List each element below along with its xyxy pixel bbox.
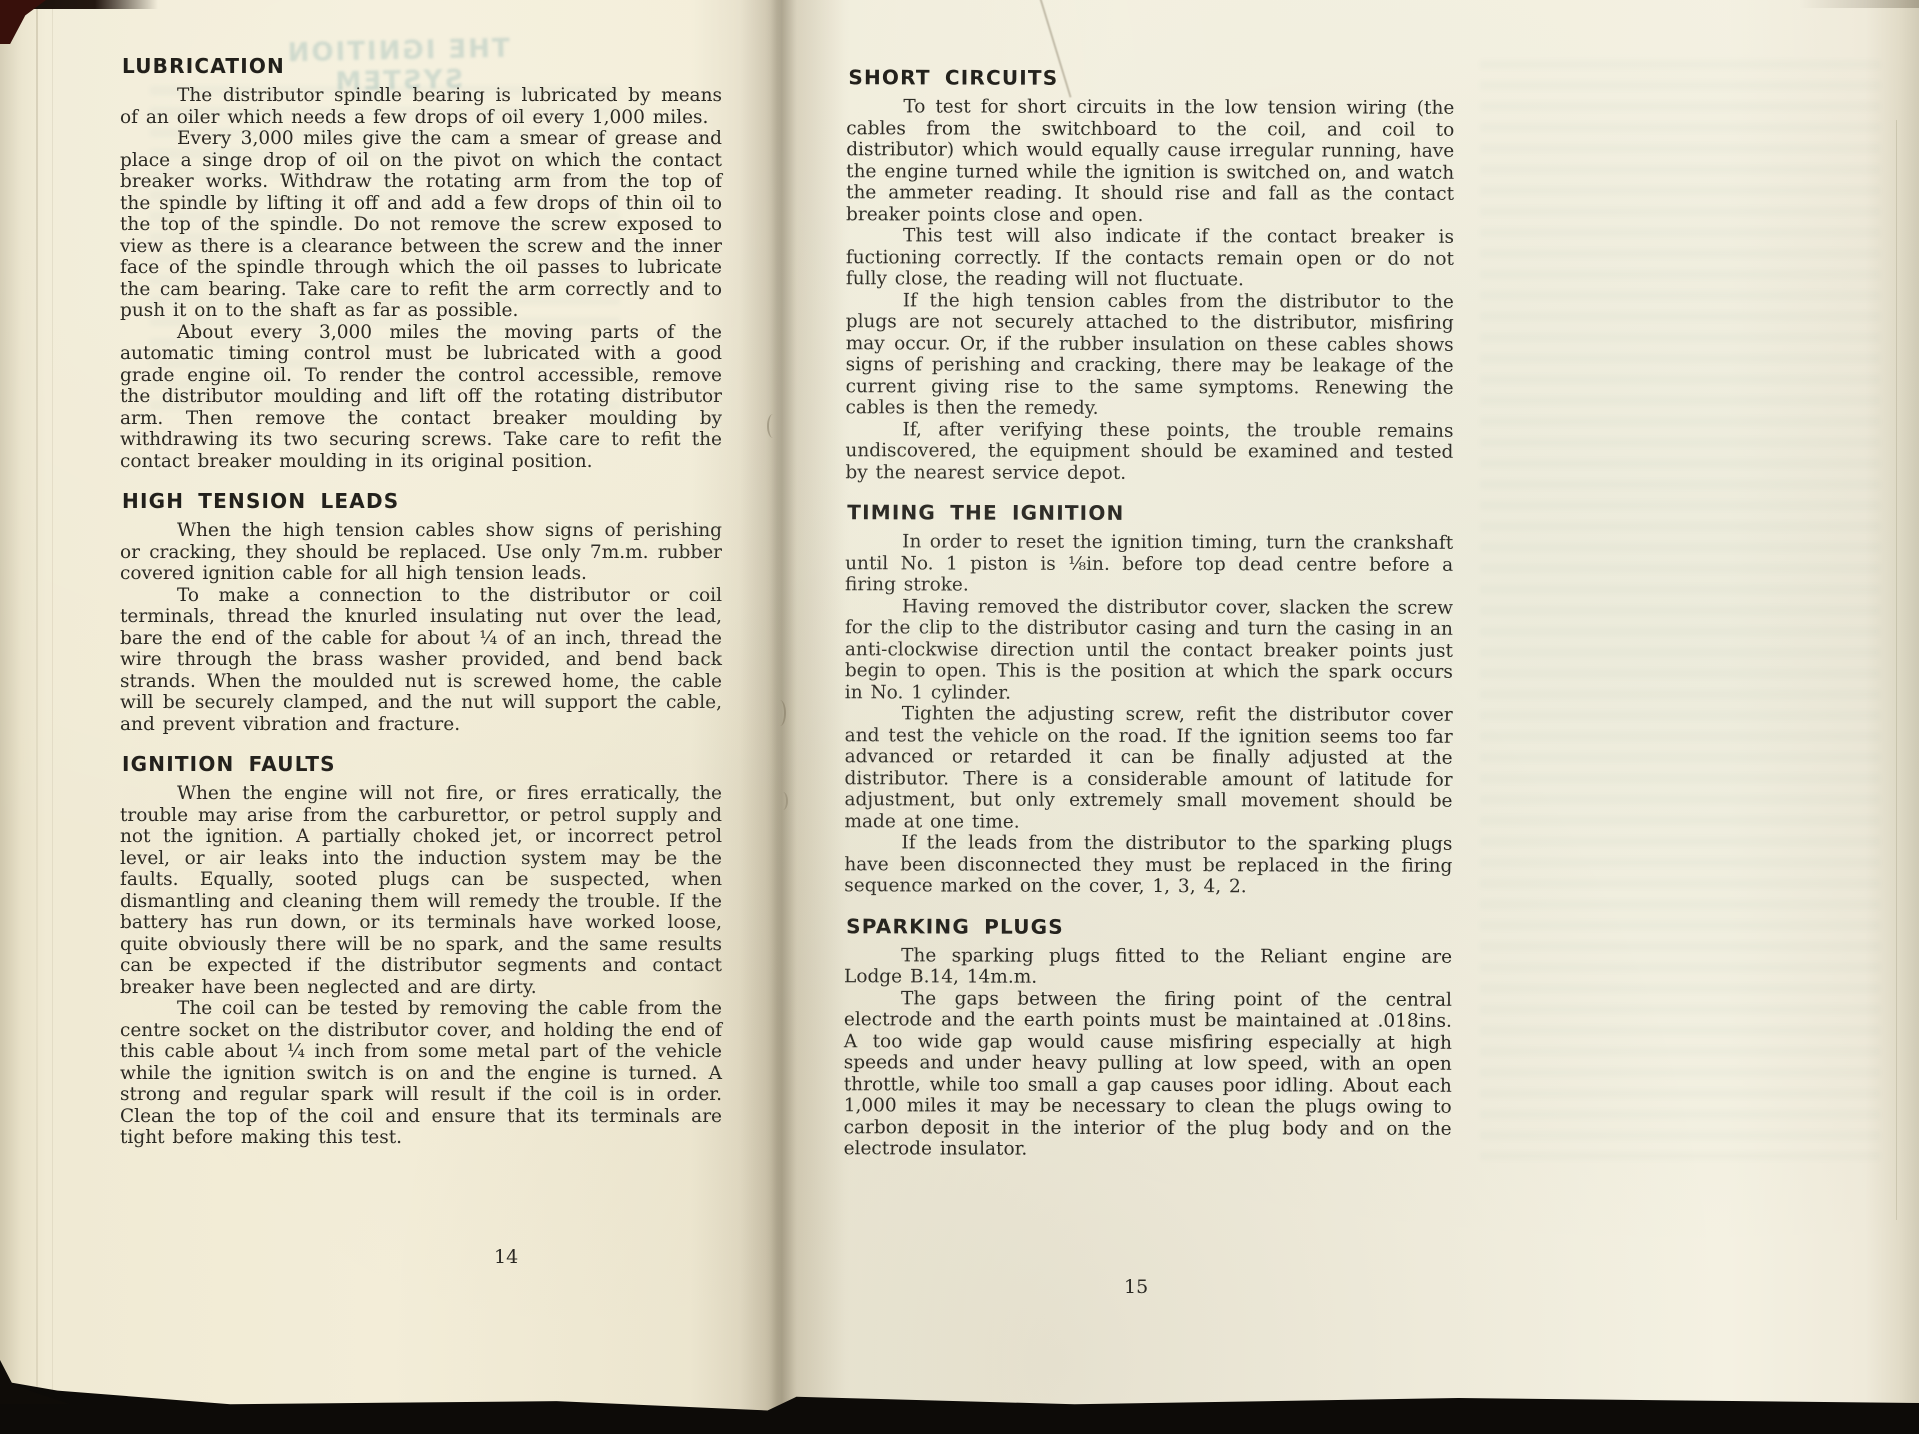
- paragraph: When the engine will not fire, or fires …: [120, 783, 722, 998]
- section-lubrication: LUBRICATION The distributor spindle bear…: [120, 56, 722, 472]
- paragraph: Tighten the adjusting screw, refit the d…: [844, 703, 1452, 834]
- section-heading-short-circuits: SHORT CIRCUITS: [848, 67, 1454, 89]
- page-edge-line: [36, 0, 38, 1434]
- paragraph: In order to reset the ignition timing, t…: [845, 531, 1453, 597]
- section-ignition-faults: IGNITION FAULTS When the engine will not…: [120, 754, 722, 1149]
- scan-bottom-edge: [0, 1372, 1919, 1434]
- page-number-15: 15: [1124, 1276, 1148, 1298]
- gutter-fold-mark: [767, 414, 779, 438]
- page-edge-line: [1896, 120, 1897, 1220]
- section-high-tension-leads: HIGH TENSION LEADS When the high tension…: [120, 491, 722, 735]
- paragraph: About every 3,000 miles the moving parts…: [120, 322, 722, 473]
- section-heading-timing-the-ignition: TIMING THE IGNITION: [847, 502, 1453, 524]
- paragraph: The gaps between the firing point of the…: [844, 988, 1452, 1162]
- section-sparking-plugs: SPARKING PLUGS The sparking plugs fitted…: [844, 916, 1453, 1162]
- paragraph: If, after verifying these points, the tr…: [845, 419, 1453, 485]
- section-short-circuits: SHORT CIRCUITS To test for short circuit…: [845, 67, 1454, 485]
- section-heading-high-tension-leads: HIGH TENSION LEADS: [122, 491, 722, 511]
- section-heading-sparking-plugs: SPARKING PLUGS: [846, 916, 1452, 938]
- paragraph: To make a connection to the distributor …: [120, 585, 722, 736]
- gutter-fold-mark: [774, 700, 786, 726]
- paragraph: To test for short circuits in the low te…: [846, 96, 1454, 227]
- page-number-14: 14: [494, 1246, 518, 1268]
- paragraph: The coil can be tested by removing the c…: [120, 998, 722, 1149]
- paragraph: The distributor spindle bearing is lubri…: [120, 85, 722, 128]
- paragraph: This test will also indicate if the cont…: [846, 225, 1454, 291]
- paragraph: When the high tension cables show signs …: [120, 520, 722, 585]
- page-15-text-column: SHORT CIRCUITS To test for short circuit…: [844, 67, 1455, 1161]
- scan-edge-artifact: [1799, 0, 1919, 8]
- gutter-fold-mark: [778, 792, 788, 810]
- paragraph: Every 3,000 miles give the cam a smear o…: [120, 128, 722, 322]
- page-14-text-column: LUBRICATION The distributor spindle bear…: [120, 56, 722, 1149]
- section-timing-the-ignition: TIMING THE IGNITION In order to reset th…: [844, 502, 1453, 898]
- scanned-book-spread: THE IGNITION SYSTEM LUBRICATION The dist…: [0, 0, 1919, 1434]
- section-heading-lubrication: LUBRICATION: [122, 56, 722, 76]
- paragraph: The sparking plugs fitted to the Reliant…: [844, 945, 1452, 990]
- paragraph: Having removed the distributor cover, sl…: [845, 596, 1453, 705]
- show-through-texture-right: [1480, 60, 1880, 1160]
- page-edge-line: [52, 0, 53, 1434]
- paragraph: If the leads from the distributor to the…: [844, 832, 1452, 898]
- page-gutter-fold-shadow: [740, 0, 850, 1434]
- paragraph: If the high tension cables from the dist…: [846, 290, 1454, 421]
- section-heading-ignition-faults: IGNITION FAULTS: [122, 754, 722, 774]
